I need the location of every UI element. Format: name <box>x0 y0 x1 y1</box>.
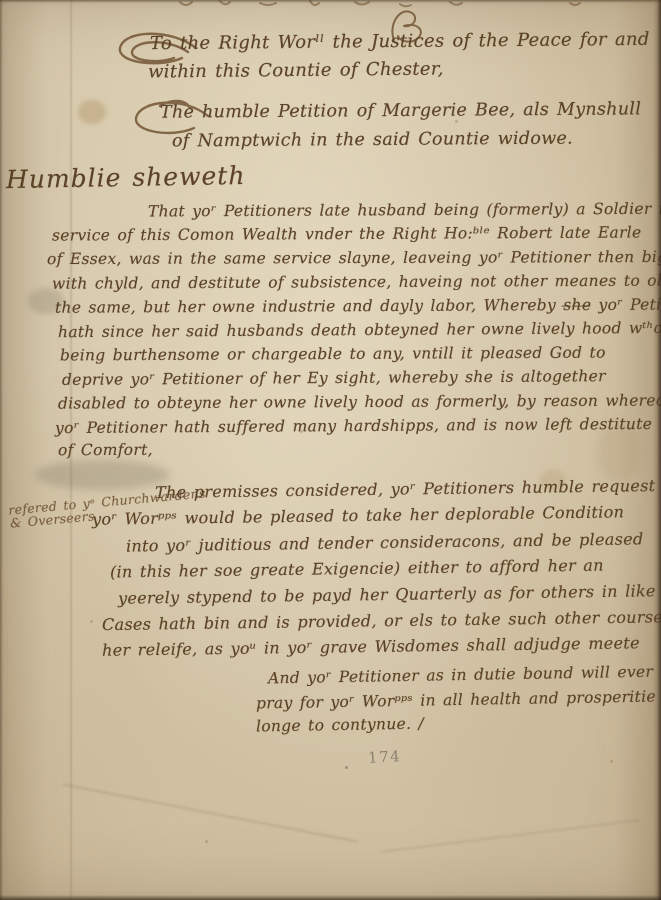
page-edge-bottom <box>0 895 661 900</box>
pencil-dot <box>345 766 348 769</box>
body-line: disabled to obteyne her owne lively hood… <box>58 391 661 412</box>
page-edge-right <box>653 0 661 900</box>
body-line: with chyld, and destitute of subsistence… <box>52 271 661 292</box>
foxing-dot <box>205 840 208 843</box>
folio-number: 174 <box>368 747 402 767</box>
fold-crease <box>381 819 639 853</box>
title-line-2: of Namptwich in the said Countie widowe. <box>172 129 573 152</box>
foxing-dot <box>610 760 613 763</box>
address-line-1: To the Right Worˡˡ the Justices of the P… <box>150 29 650 54</box>
request-line: into yoʳ juditious and tender considerac… <box>126 529 644 555</box>
body-line: That yoʳ Petitioners late husband being … <box>148 200 661 221</box>
request-line: Cases hath bin and is provided, or els t… <box>102 607 661 634</box>
request-line: (in this her soe greate Exigencie) eithe… <box>110 556 604 582</box>
request-line: The premisses considered, yoʳ Petitioner… <box>155 475 661 502</box>
request-line: her releife, as yoᵘ in yoʳ grave Wisdome… <box>102 633 640 660</box>
previous-page-text-fragment <box>150 0 630 10</box>
address-line-2: within this Countie of Chester, <box>148 58 444 82</box>
fold-crease <box>63 783 358 842</box>
body-line: the same, but her owne industrie and day… <box>55 295 661 316</box>
salutation: Humblie sheweth <box>6 161 246 194</box>
request-line: yeerely stypend to be payd her Quarterly… <box>118 581 656 608</box>
offset-ink-smudge <box>35 460 170 490</box>
request-line: yoʳ Worᵖᵖˢ would be pleased to take her … <box>92 502 624 528</box>
body-line: yoʳ Petitioner hath suffered many hardsh… <box>55 415 652 437</box>
body-line: service of this Comon Wealth vnder the R… <box>52 223 642 244</box>
foxing-dot <box>90 620 93 623</box>
body-line: being burthensome or chargeable to any, … <box>60 344 606 365</box>
body-line: deprive yoʳ Petitioner of her Ey sight, … <box>62 367 606 389</box>
paper-stain <box>78 100 106 124</box>
page-edge-top <box>0 0 661 3</box>
title-line-1: The humble Petition of Margerie Bee, als… <box>160 99 641 122</box>
manuscript-page: To the Right Worˡˡ the Justices of the P… <box>0 0 661 900</box>
body-line: hath since her said husbands death obtey… <box>58 319 661 341</box>
closing-line: And yoʳ Petitioner as in dutie bound wil… <box>268 663 653 688</box>
closing-line: pray for yoʳ Worᵖᵖˢ in all health and pr… <box>256 688 656 713</box>
body-line: of Comfort, <box>58 441 153 459</box>
closing-line: longe to contynue. / <box>256 715 424 736</box>
page-edge-left <box>0 0 3 900</box>
body-line: of Essex, was in the same service slayne… <box>47 248 661 268</box>
